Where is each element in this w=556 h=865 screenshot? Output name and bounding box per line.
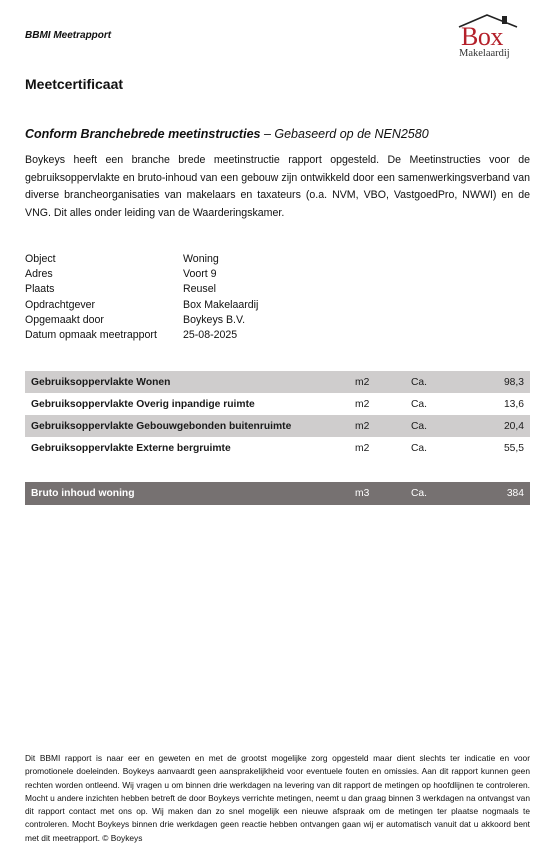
disclaimer-footer: Dit BBMI rapport is naar eer en geweten …	[25, 752, 530, 845]
area-approx: Ca.	[411, 421, 501, 432]
area-value: 20,4	[501, 421, 530, 432]
bruto-volume-table: Bruto inhoud woning m3 Ca. 384	[25, 482, 530, 505]
meta-row: AdresVoort 9	[25, 267, 258, 282]
meta-label: Adres	[25, 267, 183, 282]
area-label: Gebruiksoppervlakte Gebouwgebonden buite…	[25, 421, 355, 432]
table-row: Gebruiksoppervlakte Gebouwgebonden buite…	[25, 415, 530, 437]
logo-brand: Box	[461, 24, 503, 50]
area-approx: Ca.	[411, 399, 501, 410]
meta-value: Woning	[183, 252, 219, 267]
meta-row: PlaatsReusel	[25, 282, 258, 297]
page-title: Meetcertificaat	[25, 76, 123, 92]
meta-value: Reusel	[183, 282, 216, 297]
meta-value: Boykeys B.V.	[183, 313, 245, 328]
subtitle-rest: – Gebaseerd op de NEN2580	[260, 127, 428, 141]
company-logo: Box Makelaardij	[455, 13, 520, 61]
area-label: Gebruiksoppervlakte Externe bergruimte	[25, 443, 355, 454]
area-label: Gebruiksoppervlakte Wonen	[25, 377, 355, 388]
intro-paragraph: Boykeys heeft een branche brede meetinst…	[25, 152, 530, 222]
table-row: Gebruiksoppervlakte Overig inpandige rui…	[25, 393, 530, 415]
meta-row: OpdrachtgeverBox Makelaardij	[25, 298, 258, 313]
table-row: Gebruiksoppervlakte Wonen m2 Ca. 98,3	[25, 371, 530, 393]
meta-label: Plaats	[25, 282, 183, 297]
bruto-row: Bruto inhoud woning m3 Ca. 384	[25, 482, 530, 505]
area-unit: m2	[355, 421, 411, 432]
area-unit: m2	[355, 399, 411, 410]
table-row: Gebruiksoppervlakte Externe bergruimte m…	[25, 437, 530, 459]
meta-info: ObjectWoning AdresVoort 9 PlaatsReusel O…	[25, 252, 258, 343]
meta-label: Opgemaakt door	[25, 313, 183, 328]
area-approx: Ca.	[411, 443, 501, 454]
meta-value: 25-08-2025	[183, 328, 237, 343]
area-approx: Ca.	[411, 377, 501, 388]
area-label: Gebruiksoppervlakte Overig inpandige rui…	[25, 399, 355, 410]
bruto-label: Bruto inhoud woning	[25, 488, 355, 499]
area-unit: m2	[355, 377, 411, 388]
meta-value: Box Makelaardij	[183, 298, 258, 313]
meta-label: Datum opmaak meetrapport	[25, 328, 183, 343]
bruto-approx: Ca.	[411, 488, 501, 499]
area-value: 13,6	[501, 399, 530, 410]
report-header-title: BBMI Meetrapport	[25, 30, 111, 41]
area-unit: m2	[355, 443, 411, 454]
bruto-unit: m3	[355, 488, 411, 499]
meta-row: Opgemaakt doorBoykeys B.V.	[25, 313, 258, 328]
area-table: Gebruiksoppervlakte Wonen m2 Ca. 98,3 Ge…	[25, 371, 530, 459]
area-value: 55,5	[501, 443, 530, 454]
area-value: 98,3	[501, 377, 530, 388]
bruto-value: 384	[501, 488, 530, 499]
subtitle-bold: Conform Branchebrede meetinstructies	[25, 127, 260, 141]
meta-row: Datum opmaak meetrapport25-08-2025	[25, 328, 258, 343]
meta-value: Voort 9	[183, 267, 217, 282]
logo-subtitle: Makelaardij	[459, 48, 510, 60]
meta-label: Opdrachtgever	[25, 298, 183, 313]
meta-label: Object	[25, 252, 183, 267]
meta-row: ObjectWoning	[25, 252, 258, 267]
subtitle: Conform Branchebrede meetinstructies – G…	[25, 127, 429, 141]
